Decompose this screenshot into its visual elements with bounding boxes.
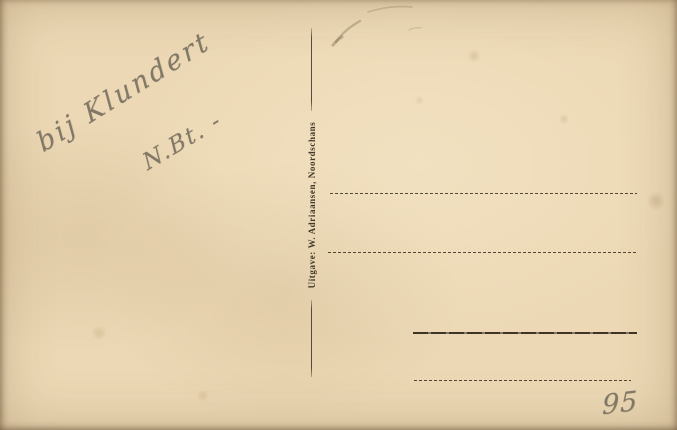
divider-line-lower — [311, 300, 312, 377]
foxing-spot — [648, 190, 664, 212]
foxing-spot — [196, 390, 210, 401]
foxing-spot — [90, 326, 108, 340]
publisher-imprint: Uitgave: W. Adriaansen, Noordschans — [307, 122, 317, 289]
address-line-1 — [330, 193, 637, 194]
foxing-spot — [558, 114, 570, 124]
divider-line-upper — [311, 28, 312, 111]
handwritten-number: 95 — [602, 386, 639, 422]
address-line-3 — [413, 332, 637, 334]
address-line-4 — [414, 380, 631, 381]
postcard-back: Uitgave: W. Adriaansen, Noordschans bij … — [0, 0, 677, 430]
foxing-spot — [466, 50, 482, 62]
handwritten-region: N.Bt. - — [139, 107, 226, 176]
foxing-spot — [414, 96, 425, 105]
scratch-marks — [0, 0, 677, 430]
address-line-2 — [328, 252, 638, 253]
